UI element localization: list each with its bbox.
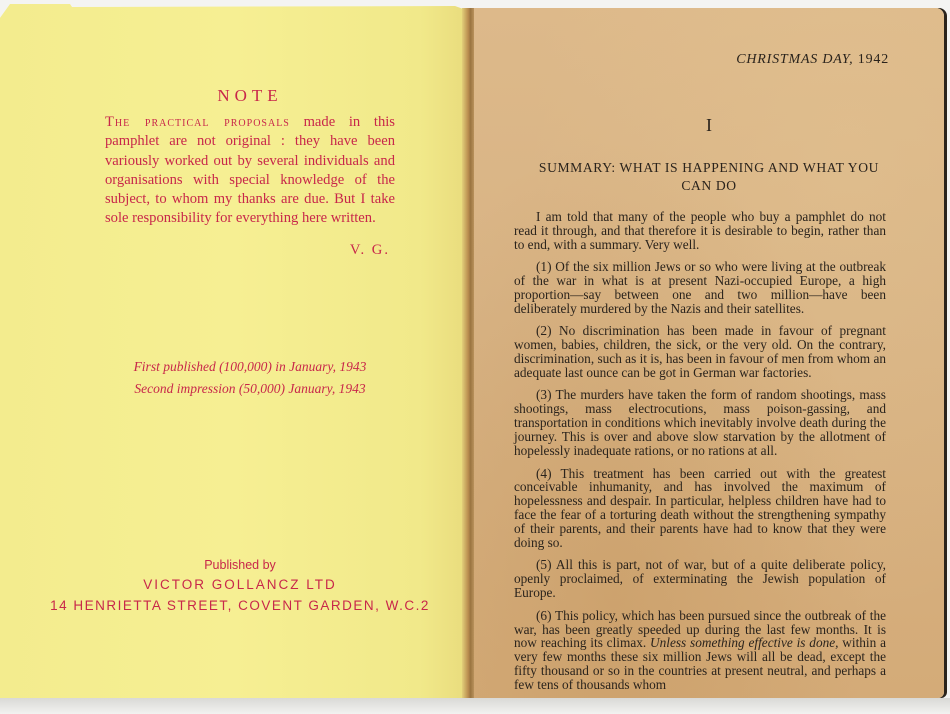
publisher-address: 14 HENRIETTA STREET, COVENT GARDEN, W.C.…: [40, 596, 440, 616]
note-signature: V. G.: [105, 242, 390, 259]
note-body: The practical proposals made in this pam…: [105, 113, 395, 229]
paragraph-1: (1) Of the six million Jews or so who we…: [514, 260, 886, 316]
left-page-note: NOTE The practical proposals made in thi…: [0, 4, 466, 700]
running-head-title: CHRISTMAS DAY,: [736, 52, 853, 67]
paragraph-2: (2) No discrimination has been made in f…: [514, 324, 886, 380]
note-body-text: made in this pamphlet are not original :…: [105, 114, 395, 226]
running-head: CHRISTMAS DAY, 1942: [736, 52, 889, 68]
published-by-label: Published by: [40, 556, 440, 574]
second-impression: Second impression (50,000) January, 1943: [100, 378, 400, 400]
paragraph-5: (5) All this is part, not of war, but of…: [514, 558, 886, 600]
note-title: NOTE: [105, 86, 395, 106]
paragraph-6: (6) This policy, which has been pursued …: [514, 609, 886, 692]
scan-background-edge: [0, 698, 950, 714]
paragraph-4: (4) This treatment has been carried out …: [514, 467, 886, 550]
impressions-block: First published (100,000) in January, 19…: [100, 356, 400, 400]
chapter-title: SUMMARY: WHAT IS HAPPENING AND WHAT YOU …: [529, 159, 889, 195]
paragraph-3: (3) The murders have taken the form of r…: [514, 388, 886, 458]
running-head-year: 1942: [854, 52, 890, 67]
publisher-name: VICTOR GOLLANCZ LTD: [40, 574, 440, 596]
chapter-body: I am told that many of the people who bu…: [514, 210, 886, 701]
publisher-block: Published by VICTOR GOLLANCZ LTD 14 HENR…: [40, 556, 440, 616]
note-lead-smallcaps: The practical proposals: [105, 114, 290, 130]
paragraph-6-emphasis: Unless something effective is done,: [650, 635, 838, 650]
paragraph-intro: I am told that many of the people who bu…: [514, 210, 886, 252]
open-pamphlet-spread: NOTE The practical proposals made in thi…: [0, 0, 950, 714]
right-page-chapter: CHRISTMAS DAY, 1942 I SUMMARY: WHAT IS H…: [474, 8, 944, 698]
first-impression: First published (100,000) in January, 19…: [100, 356, 400, 378]
chapter-number: I: [474, 115, 944, 136]
